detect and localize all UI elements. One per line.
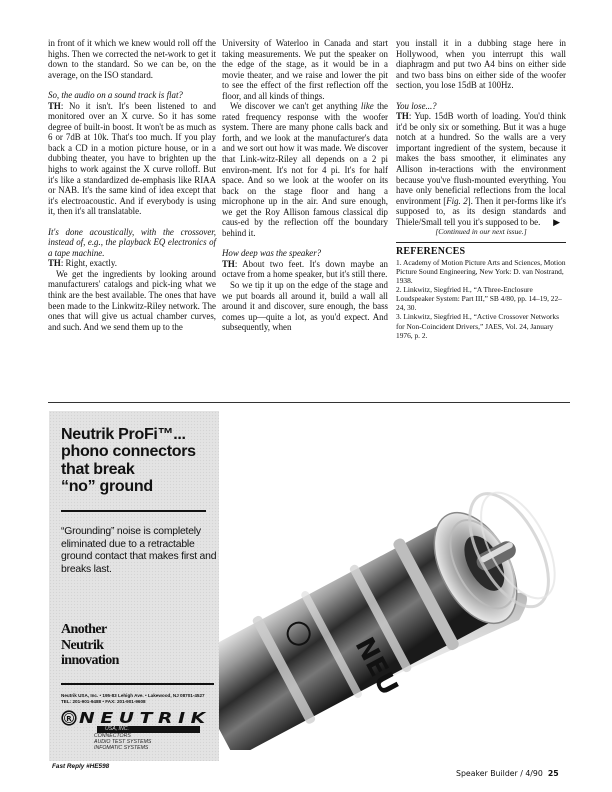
speaker-initials: TH [48, 258, 61, 268]
divider [396, 242, 566, 243]
paragraph: University of Waterloo in Canada and sta… [222, 38, 388, 101]
paragraph: We get the ingredients by looking around… [48, 269, 216, 332]
reference-item: 1. Academy of Motion Picture Arts and Sc… [396, 258, 566, 285]
references-list: 1. Academy of Motion Picture Arts and Sc… [396, 258, 566, 340]
interview-question: You lose...? [396, 101, 566, 112]
neutrik-logo-mark-icon: R [61, 710, 77, 726]
continued-note: [Continued in our next issue.] [396, 227, 566, 238]
interview-answer: TH: About two feet. It's down maybe an o… [222, 259, 388, 280]
interview-answer: TH: Right, exactly. [48, 258, 216, 269]
usa-inc-bar: USA, INC. [97, 726, 200, 733]
references-heading: REFERENCES [396, 246, 566, 258]
neutrik-wordmark: NEUTRIK [79, 709, 211, 727]
ad-headline: Neutrik ProFi™... phono connectors that … [61, 426, 221, 495]
end-of-article-icon: ▶ [553, 217, 560, 228]
ad-divisions-list: CONNECTORS AUDIO TEST SYSTEMS INFOMATIC … [94, 733, 214, 752]
reference-item: 3. Linkwitz, Siegfried H., “Active Cross… [396, 312, 566, 339]
article-column-3: you install it in a dubbing stage here i… [396, 38, 566, 340]
section-divider [48, 402, 570, 403]
figure-reference: Fig. 2 [446, 196, 467, 206]
interview-question: How deep was the speaker? [222, 248, 388, 259]
reference-item: 2. Linkwitz, Siegfried H., “A Three-Encl… [396, 285, 566, 312]
svg-text:R: R [66, 715, 72, 723]
paragraph: in front of it which we knew would roll … [48, 38, 216, 80]
ad-body-copy: “Grounding” noise is completely eliminat… [61, 526, 221, 576]
article-column-2: University of Waterloo in Canada and sta… [222, 38, 388, 333]
neutrik-advertisement: Neutrik ProFi™... phono connectors that … [49, 411, 219, 761]
fast-reply-code: Fast Reply #HE598 [52, 763, 109, 770]
paragraph: you install it in a dubbing stage here i… [396, 38, 566, 91]
interview-answer: TH: No it isn't. It's been listened to a… [48, 101, 216, 217]
speaker-initials: TH [396, 111, 409, 121]
ad-tagline: Another Neutrik innovation [61, 622, 211, 669]
speaker-initials: TH [222, 259, 235, 269]
page-footer: Speaker Builder / 4/9025 [456, 769, 559, 778]
phono-connector-illustration: NEU [219, 410, 570, 750]
interview-answer: TH: Yup. 15dB worth of loading. You'd th… [396, 111, 566, 227]
article-column-1: in front of it which we knew would roll … [48, 38, 216, 332]
ad-contact-address: Neutrik USA, Inc. • 195-83 Lehigh Ave. •… [61, 693, 221, 705]
paragraph: We discover we can't get anything like t… [222, 101, 388, 238]
speaker-initials: TH [48, 101, 61, 111]
page-number: 25 [548, 769, 559, 778]
interview-question: So, the audio on a sound track is flat? [48, 90, 216, 101]
publication-name: Speaker Builder / 4/90 [456, 769, 543, 778]
ad-divider [61, 510, 206, 512]
interview-question: It's done acoustically, with the crossov… [48, 227, 216, 259]
paragraph: So we tip it up on the edge of the stage… [222, 280, 388, 333]
ad-divider [61, 683, 214, 685]
